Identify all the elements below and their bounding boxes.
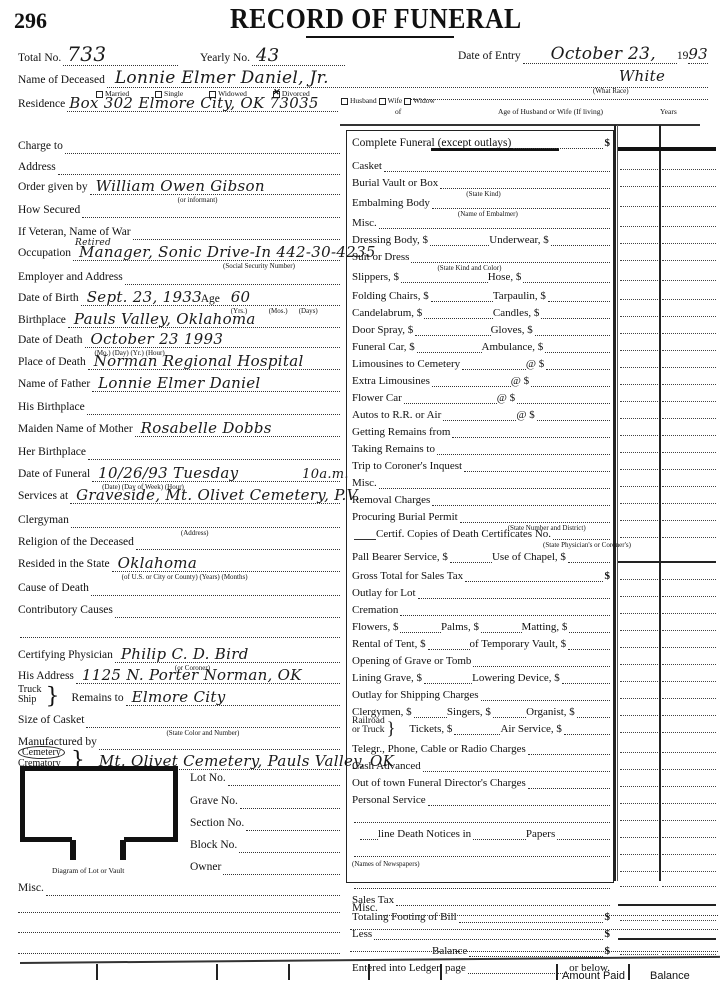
lot-field-label: Section No. xyxy=(190,816,244,831)
charge-input-secondary[interactable] xyxy=(548,291,610,302)
amount-dollars-cell[interactable] xyxy=(620,475,658,487)
field-label: Address xyxy=(18,160,56,175)
amount-dollars-cell[interactable] xyxy=(620,158,658,170)
field-value: Oklahoma xyxy=(118,554,197,572)
amount-cents-cell[interactable] xyxy=(662,407,716,419)
field-input[interactable] xyxy=(82,204,340,218)
charge-row: Pall Bearer Service, $Use of Chapel, $ xyxy=(352,549,610,563)
charge-input[interactable]: (Name of Embalmer) xyxy=(432,198,610,209)
charge-input[interactable] xyxy=(354,846,610,857)
charge-input[interactable]: (State Kind and Color) xyxy=(411,252,610,263)
charge-row: Removal Charges xyxy=(352,492,610,506)
amount-cents-cell[interactable] xyxy=(662,441,716,453)
amount-cents-cell[interactable] xyxy=(662,175,716,187)
amount-dollars-cell[interactable] xyxy=(620,809,658,821)
age-label: Age xyxy=(201,293,220,305)
charge-input[interactable] xyxy=(462,359,526,370)
charge-input[interactable] xyxy=(528,744,610,755)
field-input[interactable]: Norman Regional Hospital xyxy=(88,356,340,370)
field-input[interactable] xyxy=(133,226,340,240)
yearly-no-field: Yearly No. 43 xyxy=(200,48,345,66)
amount-dollars-cell[interactable] xyxy=(620,843,658,855)
charge-label-secondary: of Temporary Vault, $ xyxy=(470,638,567,650)
charge-input[interactable]: (State Physician's or Coroner's) xyxy=(553,529,610,540)
charge-input[interactable] xyxy=(464,461,610,472)
charge-row: Casket xyxy=(352,158,610,172)
amount-cents-cell[interactable] xyxy=(662,475,716,487)
box-top-rule xyxy=(340,124,700,126)
title-underline xyxy=(306,36,454,38)
charge-label: Certif. Copies of Death Certificates No. xyxy=(376,528,551,540)
amount-dollars-cell[interactable] xyxy=(620,653,658,665)
amount-cents-cell[interactable] xyxy=(662,269,716,281)
left-field-row: Services atGraveside, Mt. Olivet Cemeter… xyxy=(18,486,340,504)
charge-label-secondary: Palms, $ xyxy=(441,621,479,633)
amount-cents-cell[interactable] xyxy=(662,492,716,504)
notice-lines-input[interactable] xyxy=(360,829,378,840)
amount-cents-cell[interactable] xyxy=(662,526,716,538)
field-label: Order given by xyxy=(18,180,88,195)
field-input[interactable]: Elmore City xyxy=(126,692,340,706)
charge-input[interactable] xyxy=(528,778,610,789)
field-value: Sept. 23, 1933 xyxy=(87,288,202,306)
charge-label: Procuring Burial Permit xyxy=(352,511,458,523)
amount-cents-cell[interactable] xyxy=(662,653,716,665)
field-input[interactable]: Sept. 23, 1933Age60(Yrs.)(Mos.)(Days) xyxy=(81,292,340,306)
amount-cents-cell[interactable] xyxy=(662,775,716,787)
charge-row: Trip to Coroner's Inquest xyxy=(352,458,610,472)
charge-label: Dressing Body, $ xyxy=(352,234,428,246)
charge-label-secondary: Underwear, $ xyxy=(489,234,548,246)
amount-dollars-cell[interactable] xyxy=(620,704,658,716)
charge-label: Outlay for Lot xyxy=(352,587,416,599)
name-of-deceased-value[interactable]: Lonnie Elmer Daniel, Jr. xyxy=(115,68,329,88)
amount-dollars-cell[interactable] xyxy=(620,390,658,402)
amount-dollars-cell[interactable] xyxy=(620,356,658,368)
diagram-post-right xyxy=(120,840,126,860)
left-field-row: BirthplacePauls Valley, Oklahoma xyxy=(18,310,340,328)
field-input[interactable] xyxy=(99,736,340,750)
amount-cents-cell[interactable] xyxy=(662,741,716,753)
amount-cents-cell[interactable] xyxy=(662,249,716,261)
charge-input-secondary[interactable] xyxy=(537,410,610,421)
amount-dollars-cell[interactable] xyxy=(620,441,658,453)
field-input[interactable]: Lonnie Elmer Daniel xyxy=(92,378,340,392)
charge-input[interactable]: (State Number and District) xyxy=(460,512,610,523)
name-of-deceased-field: Name of Deceased Lonnie Elmer Daniel, Jr… xyxy=(18,70,708,88)
amount-dollars-cell[interactable] xyxy=(620,424,658,436)
amount-dollars-cell[interactable] xyxy=(620,721,658,733)
field-input[interactable] xyxy=(65,140,340,154)
amount-cents-cell[interactable] xyxy=(662,458,716,470)
charge-label: Pall Bearer Service, $ xyxy=(352,551,448,563)
amount-cents-cell[interactable] xyxy=(662,619,716,631)
lot-diagram[interactable] xyxy=(20,766,178,842)
field-input[interactable]: Pauls Valley, Oklahoma xyxy=(68,314,340,328)
charge-input[interactable] xyxy=(384,161,610,172)
field-input[interactable]: (Address) xyxy=(71,514,340,528)
charge-label-secondary: Papers xyxy=(526,828,555,840)
spouse-widow[interactable]: Widow xyxy=(404,96,435,105)
field-label: Remains to xyxy=(72,691,124,706)
amount-cents-cell[interactable] xyxy=(662,875,716,887)
charge-label: Misc. xyxy=(352,217,377,229)
charge-input[interactable] xyxy=(513,138,602,149)
left-field-row: His Address1125 N. Porter Norman, OK xyxy=(18,666,340,684)
charge-input-secondary[interactable] xyxy=(568,639,610,650)
total-no-value[interactable]: 733 xyxy=(67,42,106,66)
amount-dollars-cell[interactable] xyxy=(620,526,658,538)
left-field-row: Place of DeathNorman Regional Hospital xyxy=(18,352,340,370)
charge-label: Slippers, $ xyxy=(352,271,399,283)
charge-input-secondary[interactable] xyxy=(535,325,610,336)
date-of-entry-value[interactable]: October 23, xyxy=(551,44,656,64)
field-input[interactable] xyxy=(125,271,340,285)
amount-dollars-cell[interactable] xyxy=(620,875,658,887)
charge-input[interactable] xyxy=(423,761,610,772)
amount-dollars-cell[interactable] xyxy=(620,492,658,504)
field-input[interactable]: Graveside, Mt. Olivet Cemetery, P.V. xyxy=(70,490,340,504)
charge-input[interactable] xyxy=(414,707,447,718)
amount-cents-cell[interactable] xyxy=(662,809,716,821)
charge-input[interactable] xyxy=(379,478,610,489)
field-label: How Secured xyxy=(18,203,80,218)
charge-row: Embalming Body(Name of Embalmer) xyxy=(352,195,610,209)
charge-input-secondary[interactable] xyxy=(562,673,610,684)
transport-prefix: TruckShip xyxy=(18,685,42,706)
left-field-row: Date of DeathOctober 23 1993(Mo.) (Day) … xyxy=(18,330,340,348)
charge-input-secondary[interactable] xyxy=(545,342,610,353)
charge-label: Out of town Funeral Director's Charges xyxy=(352,777,526,789)
amount-dollars-cell[interactable] xyxy=(620,269,658,281)
field-input[interactable]: Rosabelle Dobbs xyxy=(135,423,340,437)
charge-input[interactable] xyxy=(418,588,610,599)
charge-input[interactable] xyxy=(400,622,441,633)
amount-dollars-cell[interactable] xyxy=(620,288,658,300)
charge-input-secondary[interactable] xyxy=(517,393,610,404)
amount-dollars-cell[interactable] xyxy=(620,602,658,614)
charge-label: Autos to R.R. or Air xyxy=(352,409,441,421)
amount-dollars-cell[interactable] xyxy=(620,860,658,872)
amount-cents-cell[interactable] xyxy=(662,322,716,334)
ledger-tick xyxy=(288,964,290,980)
amount-dollars-cell[interactable] xyxy=(620,585,658,597)
amount-cents-cell[interactable] xyxy=(662,585,716,597)
charge-input[interactable] xyxy=(401,272,488,283)
charge-label: Cremation xyxy=(352,604,398,616)
charge-input[interactable] xyxy=(354,878,610,889)
charge-input[interactable] xyxy=(404,393,497,404)
charge-input[interactable] xyxy=(432,376,511,387)
field-value: Philip C. D. Bird xyxy=(121,645,249,663)
field-input[interactable]: Manager, Sonic Drive-In 442-30-4235Retir… xyxy=(73,247,340,261)
charge-input-secondary[interactable] xyxy=(551,235,610,246)
amount-cents-cell[interactable] xyxy=(662,339,716,351)
amount-dollars-cell[interactable] xyxy=(620,758,658,770)
left-field-row: Cause of Death xyxy=(18,578,340,596)
spouse-age-label: Age of Husband or Wife (If living) xyxy=(498,107,603,116)
year-suffix[interactable]: 93 xyxy=(688,45,708,64)
charge-label: Removal Charges xyxy=(352,494,430,506)
amount-dollars-cell[interactable] xyxy=(620,826,658,838)
misc-left-line-4[interactable] xyxy=(18,953,340,954)
amount-dollars-cell[interactable] xyxy=(620,322,658,334)
charge-input[interactable] xyxy=(417,342,482,353)
spouse-wife[interactable]: Wife xyxy=(379,96,403,105)
charge-row: Getting Remains from xyxy=(352,424,610,438)
charge-input[interactable] xyxy=(424,308,493,319)
field-label: Charge to xyxy=(18,139,63,154)
amount-dollars-cell[interactable] xyxy=(620,619,658,631)
amount-cents-cell[interactable] xyxy=(662,860,716,872)
charge-input[interactable]: (State Kind) xyxy=(440,178,610,189)
charge-input[interactable] xyxy=(431,291,493,302)
amount-dollars-cell[interactable] xyxy=(620,339,658,351)
amount-cents-cell[interactable] xyxy=(662,390,716,402)
misc-right-field: Misc. xyxy=(352,898,718,916)
field-label: Date of Death xyxy=(18,333,83,348)
amount-cents-cell[interactable] xyxy=(662,232,716,244)
amount-cents-cell[interactable] xyxy=(662,602,716,614)
field-input[interactable]: October 23 1993(Mo.) (Day) (Yr.) (Hour) xyxy=(85,334,341,348)
charge-input-secondary[interactable] xyxy=(568,552,610,563)
amount-cents-cell[interactable] xyxy=(662,792,716,804)
left-field-row: Employer and Address xyxy=(18,267,340,285)
amount-cents-cell[interactable] xyxy=(662,843,716,855)
field-input[interactable] xyxy=(115,604,340,618)
field-label: Contributory Causes xyxy=(18,603,113,618)
amount-cents-cell[interactable] xyxy=(662,509,716,521)
charge-row: Taking Remains to xyxy=(352,441,610,455)
amount-cents-cell[interactable] xyxy=(662,158,716,170)
charge-input[interactable] xyxy=(428,639,470,650)
charge-label: Misc. xyxy=(352,477,377,489)
misc-left-line-2[interactable] xyxy=(18,912,340,913)
lot-field-row: Grave No. xyxy=(190,791,340,809)
field-input[interactable] xyxy=(88,446,340,460)
charge-label-secondary: @ $ xyxy=(516,409,534,421)
misc-right-line-3[interactable] xyxy=(350,951,718,952)
date-of-entry-label: Date of Entry xyxy=(458,49,521,64)
charge-row: Out of town Funeral Director's Charges xyxy=(352,775,610,789)
charge-row: line Death Notices inPapers xyxy=(352,826,610,840)
charge-row: Cash Advanced xyxy=(352,758,610,772)
field-input[interactable] xyxy=(136,536,340,550)
left-field-row: Maiden Name of MotherRosabelle Dobbs xyxy=(18,419,340,437)
lot-field-row: Section No. xyxy=(190,813,340,831)
spouse-name-line[interactable] xyxy=(410,99,708,100)
left-field-row xyxy=(18,620,340,638)
left-field-row: Her Birthplace xyxy=(18,442,340,460)
charge-input[interactable] xyxy=(432,495,610,506)
left-field-row: Religion of the Deceased xyxy=(18,532,340,550)
amount-dollars-cell[interactable] xyxy=(620,687,658,699)
total-no-label: Total No. xyxy=(18,51,61,66)
field-value: Graveside, Mt. Olivet Cemetery, P.V. xyxy=(76,486,360,504)
field-input[interactable] xyxy=(58,161,340,175)
amount-cents-cell[interactable] xyxy=(662,215,716,227)
amount-dollars-cell[interactable] xyxy=(620,175,658,187)
amount-cents-cell[interactable] xyxy=(662,356,716,368)
amount-cents-cell[interactable] xyxy=(662,758,716,770)
charge-label: Outlay for Shipping Charges xyxy=(352,689,479,701)
field-input[interactable]: Philip C. D. Bird(or Coroner) xyxy=(115,649,340,663)
field-value: 1125 N. Porter Norman, OK xyxy=(82,666,302,684)
amount-cents-cell[interactable] xyxy=(662,687,716,699)
charge-input[interactable] xyxy=(473,656,610,667)
charge-label: Embalming Body xyxy=(352,197,430,209)
charge-input-secondary[interactable] xyxy=(564,724,610,735)
charge-label-secondary: @ $ xyxy=(497,392,515,404)
spouse-husband[interactable]: Husband xyxy=(341,96,377,105)
amount-cents-cell[interactable] xyxy=(662,704,716,716)
charge-row: Burial Vault or Box(State Kind) xyxy=(352,175,610,189)
amount-cents-cell[interactable] xyxy=(662,424,716,436)
charge-input[interactable] xyxy=(454,724,500,735)
amount-cents-cell[interactable] xyxy=(662,826,716,838)
amount-dollars-cell[interactable] xyxy=(620,636,658,648)
charge-input-secondary[interactable] xyxy=(531,376,610,387)
field-input[interactable]: Oklahoma(of U.S. or City or County) (Yea… xyxy=(112,558,340,572)
charge-label: Casket xyxy=(352,160,382,172)
amount-dollars-cell[interactable] xyxy=(620,509,658,521)
amount-cents-cell[interactable] xyxy=(662,568,716,580)
amount-cents-cell[interactable] xyxy=(662,636,716,648)
dollar-sign: $ xyxy=(605,570,611,582)
certif-copies-count[interactable] xyxy=(354,529,376,540)
charge-input[interactable] xyxy=(443,410,516,421)
charge-row: Flowers, $Palms, $Matting, $ xyxy=(352,619,610,633)
charge-input[interactable] xyxy=(428,795,610,806)
charge-row: Misc. xyxy=(352,475,610,489)
lot-field-input[interactable] xyxy=(223,861,340,875)
amount-dollars-cell[interactable] xyxy=(620,792,658,804)
charge-input[interactable] xyxy=(437,444,610,455)
charge-label: Cash Advanced xyxy=(352,760,421,772)
residence-value[interactable]: Box 302 Elmore City, OK 73035 xyxy=(69,94,319,112)
charge-input[interactable] xyxy=(430,235,489,246)
misc-right-line-2[interactable] xyxy=(350,929,718,930)
charge-row: Personal Service xyxy=(352,792,610,806)
charge-input-secondary[interactable] xyxy=(523,272,610,283)
amount-cents-cell[interactable] xyxy=(662,373,716,385)
amount-cents-cell[interactable] xyxy=(662,721,716,733)
amount-dollars-cell[interactable] xyxy=(620,249,658,261)
race-label: (What Race) xyxy=(593,87,629,95)
amount-cents-cell[interactable] xyxy=(662,670,716,682)
charge-input-secondary[interactable] xyxy=(557,829,610,840)
amount-dollars-cell[interactable] xyxy=(620,670,658,682)
amount-dollars-cell[interactable] xyxy=(620,568,658,580)
charge-input[interactable] xyxy=(481,690,610,701)
amount-cents-cell[interactable] xyxy=(662,305,716,317)
charge-row: Dressing Body, $Underwear, $ xyxy=(352,232,610,246)
field-label: Date of Funeral xyxy=(18,467,90,482)
amount-dollars-cell[interactable] xyxy=(620,232,658,244)
charge-input[interactable] xyxy=(450,552,492,563)
ledger-tick xyxy=(628,964,630,980)
field-value: Manager, Sonic Drive-In 442-30-4235 xyxy=(79,243,376,261)
charge-input-secondary[interactable] xyxy=(481,622,522,633)
charge-row xyxy=(352,843,610,857)
amount-dollars-cell[interactable] xyxy=(620,407,658,419)
amount-dollars-cell[interactable] xyxy=(620,775,658,787)
charge-input[interactable] xyxy=(374,929,602,940)
charge-input[interactable] xyxy=(400,605,610,616)
charge-row: Lining Grave, $Lowering Device, $ xyxy=(352,670,610,684)
left-field-row: Charge to xyxy=(18,136,340,154)
year-prefix: 19 xyxy=(677,49,689,64)
amount-dollars-cell[interactable] xyxy=(620,458,658,470)
amount-dollars-cell[interactable] xyxy=(620,215,658,227)
field-input[interactable]: 1125 N. Porter Norman, OK xyxy=(76,670,340,684)
charge-row: Door Spray, $Gloves, $ xyxy=(352,322,610,336)
race-value[interactable]: White xyxy=(619,67,665,85)
charge-input[interactable] xyxy=(424,673,472,684)
field-input[interactable] xyxy=(91,582,340,596)
lot-field-input[interactable] xyxy=(240,795,340,809)
field-value: 10/26/93 Tuesday xyxy=(98,464,238,482)
field-label: Religion of the Deceased xyxy=(18,535,134,550)
amount-dollars-cell[interactable] xyxy=(620,195,658,207)
charge-label: Complete Funeral (except outlays) xyxy=(352,137,511,149)
amount-dollars-cell[interactable] xyxy=(620,741,658,753)
charge-label: Opening of Grave or Tomb xyxy=(352,655,471,667)
charge-input[interactable] xyxy=(468,963,569,974)
charge-label: Tickets, $ xyxy=(409,723,452,735)
misc-right-input[interactable] xyxy=(380,902,718,916)
lot-field-row: Block No. xyxy=(190,835,340,853)
amount-cents-cell[interactable] xyxy=(662,943,716,955)
field-value: October 23 1993 xyxy=(91,330,224,348)
charge-input-secondary[interactable] xyxy=(493,707,526,718)
charge-input[interactable] xyxy=(473,829,526,840)
amount-cents-cell[interactable] xyxy=(662,288,716,300)
charge-input[interactable] xyxy=(415,325,490,336)
charge-input-secondary[interactable] xyxy=(546,359,610,370)
field-input[interactable] xyxy=(20,624,340,638)
lot-field-input[interactable] xyxy=(239,839,340,853)
amount-dollars-cell[interactable] xyxy=(620,373,658,385)
charge-input[interactable] xyxy=(465,571,602,582)
charge-input-secondary[interactable] xyxy=(569,622,610,633)
charge-input-secondary[interactable] xyxy=(541,308,610,319)
field-input[interactable]: 10/26/93 Tuesday10a.m.(Date) (Day of Wee… xyxy=(92,468,340,482)
charge-input[interactable] xyxy=(354,812,610,823)
misc-left-line-3[interactable] xyxy=(18,932,340,933)
yearly-no-value[interactable]: 43 xyxy=(256,45,280,66)
field-value: Norman Regional Hospital xyxy=(94,352,304,370)
lot-field-input[interactable] xyxy=(228,772,340,786)
charge-row: (Names of Newspapers) xyxy=(352,860,610,874)
cents-column-divider xyxy=(659,125,661,881)
misc-left-input[interactable] xyxy=(46,882,340,896)
charge-input-secondary[interactable] xyxy=(577,707,610,718)
field-input[interactable] xyxy=(87,401,340,415)
amount-dollars-cell[interactable] xyxy=(620,943,658,955)
charge-row: Misc. xyxy=(352,215,610,229)
field-input[interactable]: William Owen Gibson(or informant) xyxy=(90,181,340,195)
field-input[interactable]: (State Color and Number) xyxy=(86,714,340,728)
charge-input[interactable] xyxy=(452,427,610,438)
charge-row: Funeral Car, $Ambulance, $ xyxy=(352,339,610,353)
lot-field-input[interactable] xyxy=(246,817,340,831)
field-label: Cause of Death xyxy=(18,581,89,596)
field-label: Clergyman xyxy=(18,513,69,528)
charge-input[interactable] xyxy=(379,218,610,229)
amount-dollars-cell[interactable] xyxy=(620,305,658,317)
amount-cents-cell[interactable] xyxy=(662,195,716,207)
